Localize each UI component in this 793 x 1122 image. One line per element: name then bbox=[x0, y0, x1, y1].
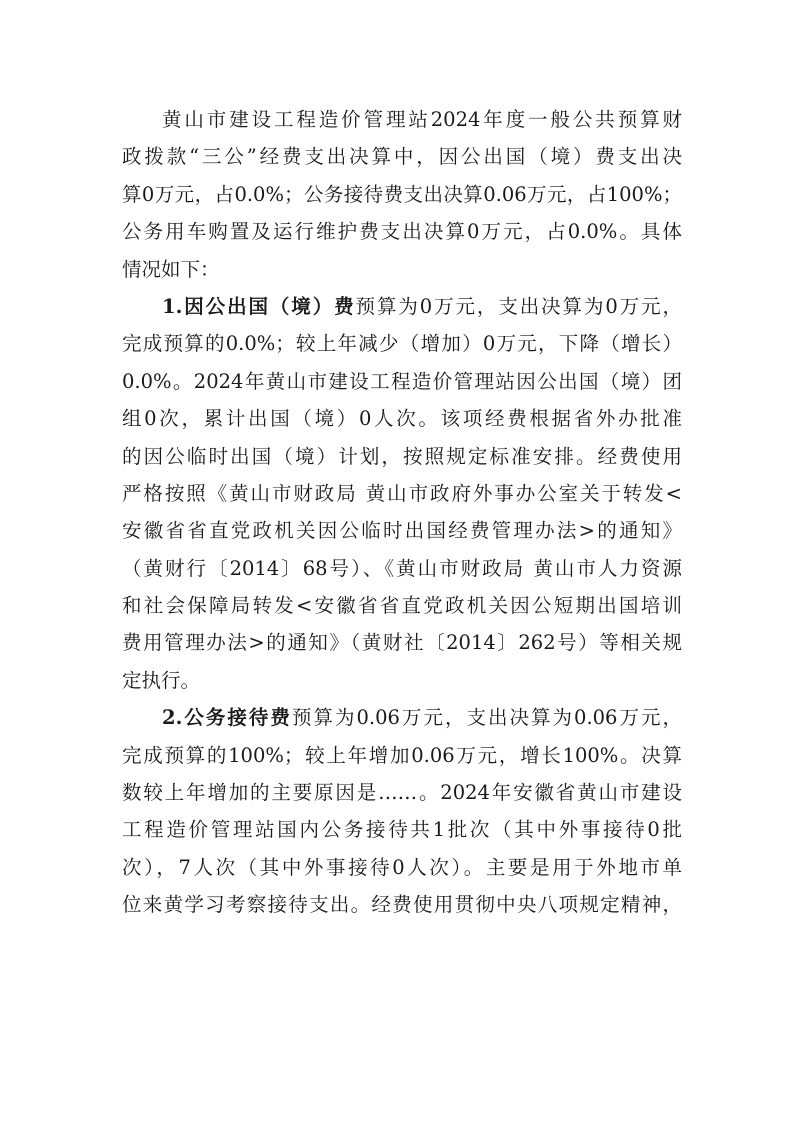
section-1-line: 的因公临时出国（境）计划，按照规定标准安排。经费使用 bbox=[122, 438, 682, 475]
intro-line-5: 情况如下： bbox=[122, 251, 682, 288]
section-1-line: 和社会保障局转发<安徽省省直党政机关因公短期出国培训 bbox=[122, 587, 682, 624]
section-1-first-line: 1.因公出国（境）费预算为0万元，支出决算为0万元， bbox=[122, 288, 682, 325]
intro-line-1: 黄山市建设工程造价管理站2024年度一般公共预算财 bbox=[122, 101, 682, 138]
section-1-line: （黄财行〔2014〕68号）、《黄山市财政局 黄山市人力资源 bbox=[122, 550, 682, 587]
intro-line-4: 公务用车购置及运行维护费支出决算0万元，占0.0%。具体 bbox=[122, 213, 682, 250]
section-2-first-line: 2.公务接待费预算为0.06万元，支出决算为0.06万元， bbox=[122, 699, 682, 736]
section-2-line: 次），7人次（其中外事接待0人次）。主要是用于外地市单 bbox=[122, 849, 682, 886]
section-1-line: 费用管理办法>的通知》（黄财社〔2014〕262号）等相关规 bbox=[122, 624, 682, 661]
intro-line-3: 算0万元，占0.0%；公务接待费支出决算0.06万元，占100%； bbox=[122, 176, 682, 213]
section-2-heading: 2.公务接待费 bbox=[162, 706, 292, 729]
section-1-first-line-text: 预算为0万元，支出决算为0万元， bbox=[356, 295, 682, 318]
section-2-line: 完成预算的100%；较上年增加0.06万元，增长100%。决算 bbox=[122, 737, 682, 774]
section-1-line: 严格按照《黄山市财政局 黄山市政府外事办公室关于转发< bbox=[122, 475, 682, 512]
document-page: 黄山市建设工程造价管理站2024年度一般公共预算财 政拨款“三公”经费支出决算中… bbox=[0, 0, 793, 1122]
section-2-line: 工程造价管理站国内公务接待共1批次（其中外事接待0批 bbox=[122, 811, 682, 848]
section-2-line: 位来黄学习考察接待支出。经费使用贯彻中央八项规定精神， bbox=[122, 886, 682, 923]
section-2-first-line-text: 预算为0.06万元，支出决算为0.06万元， bbox=[292, 706, 682, 729]
section-1-line: 定执行。 bbox=[122, 662, 682, 699]
section-1-line: 安徽省省直党政机关因公临时出国经费管理办法>的通知》 bbox=[122, 512, 682, 549]
section-2-line: 数较上年增加的主要原因是……。2024年安徽省黄山市建设 bbox=[122, 774, 682, 811]
intro-line-2: 政拨款“三公”经费支出决算中，因公出国（境）费支出决 bbox=[122, 138, 682, 175]
section-1-line: 完成预算的0.0%；较上年减少（增加）0万元，下降（增长） bbox=[122, 325, 682, 362]
section-1-heading: 1.因公出国（境）费 bbox=[162, 295, 356, 318]
section-1-line: 0.0%。2024年黄山市建设工程造价管理站因公出国（境）团 bbox=[122, 363, 682, 400]
document-body: 黄山市建设工程造价管理站2024年度一般公共预算财 政拨款“三公”经费支出决算中… bbox=[122, 101, 682, 924]
section-1-line: 组0次，累计出国（境）0人次。该项经费根据省外办批准 bbox=[122, 400, 682, 437]
